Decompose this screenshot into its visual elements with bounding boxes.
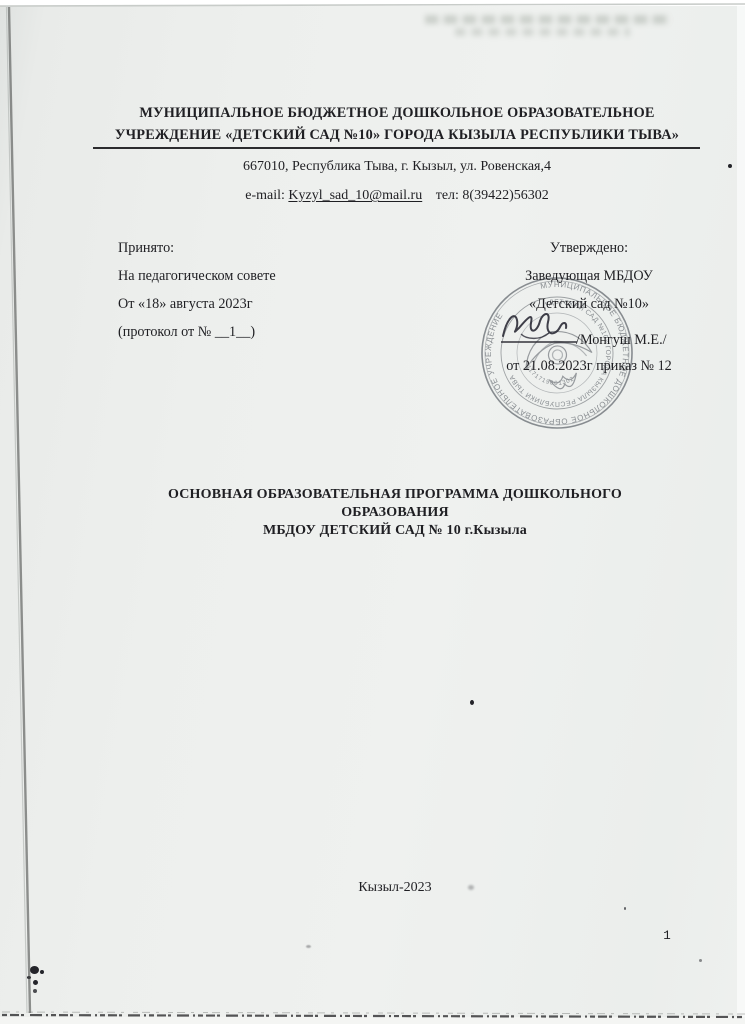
ink-blot [33, 989, 37, 993]
org-contact-line: e-mail: Kyzyl_sad_10@mail.ru тел: 8(3942… [77, 188, 717, 204]
scan-background-strip [0, 1017, 745, 1024]
decorative-speck [306, 945, 311, 948]
decorative-speck [699, 959, 702, 962]
document-title-line1: ОСНОВНАЯ ОБРАЗОВАТЕЛЬНАЯ ПРОГРАММА ДОШКО… [90, 486, 700, 504]
bleed-through-smudge [455, 28, 630, 36]
accepted-title: Принято: [118, 240, 174, 257]
ink-blot [27, 976, 31, 979]
email-label: e-mail: [245, 188, 285, 203]
ink-blot [33, 980, 38, 985]
org-name-heading: МУНИЦИПАЛЬНОЕ БЮДЖЕТНОЕ ДОШКОЛЬНОЕ ОБРАЗ… [77, 102, 717, 146]
org-address: 667010, Республика Тыва, г. Кызыл, ул. Р… [77, 159, 717, 175]
document-title-line3: МБДОУ ДЕТСКИЙ САД № 10 г.Кызыла [90, 522, 700, 540]
org-name-line2: УЧРЕЖДЕНИЕ «ДЕТСКИЙ САД №10» ГОРОДА КЫЗЫ… [77, 124, 717, 146]
document-title: ОСНОВНАЯ ОБРАЗОВАТЕЛЬНАЯ ПРОГРАММА ДОШКО… [90, 486, 700, 540]
accepted-line3: От «18» августа 2023г [118, 296, 253, 313]
bleed-through-smudge [425, 15, 670, 24]
approved-order-line: от 21.08.2023г приказ № 12 [468, 358, 710, 375]
email-text: Kyzyl_sad_10@mail.ru [288, 188, 422, 203]
decorative-speck [728, 164, 732, 168]
signature-scribble [497, 306, 589, 352]
letterhead-rule [93, 147, 700, 149]
document-title-line2: ОБРАЗОВАНИЯ [90, 504, 700, 522]
ink-blot [30, 966, 39, 974]
decorative-speck [624, 907, 626, 910]
page-right-edge [737, 6, 745, 1017]
org-name-line1: МУНИЦИПАЛЬНОЕ БЮДЖЕТНОЕ ДОШКОЛЬНОЕ ОБРАЗ… [77, 102, 717, 124]
footer-city-year: Кызыл-2023 [90, 880, 700, 896]
accepted-line4: (протокол от № __1__) [118, 324, 255, 341]
page-number: 1 [655, 929, 679, 943]
signature-name: /Монгуш М.Е./ [576, 332, 667, 349]
ink-blot [40, 970, 44, 974]
scanned-document: { "colors": { "paper": "#edefed", "ink":… [0, 0, 745, 1024]
accepted-line2: На педагогическом совете [118, 268, 276, 285]
decorative-speck [470, 700, 474, 705]
phone-text: тел: 8(39422)56302 [436, 188, 549, 203]
approved-title: Утверждено: [468, 240, 710, 257]
page-paper: МУНИЦИПАЛЬНОЕ БЮДЖЕТНОЕ ДОШКОЛЬНОЕ ОБРАЗ… [0, 6, 745, 1017]
approved-line2: Заведующая МБДОУ [468, 268, 710, 285]
